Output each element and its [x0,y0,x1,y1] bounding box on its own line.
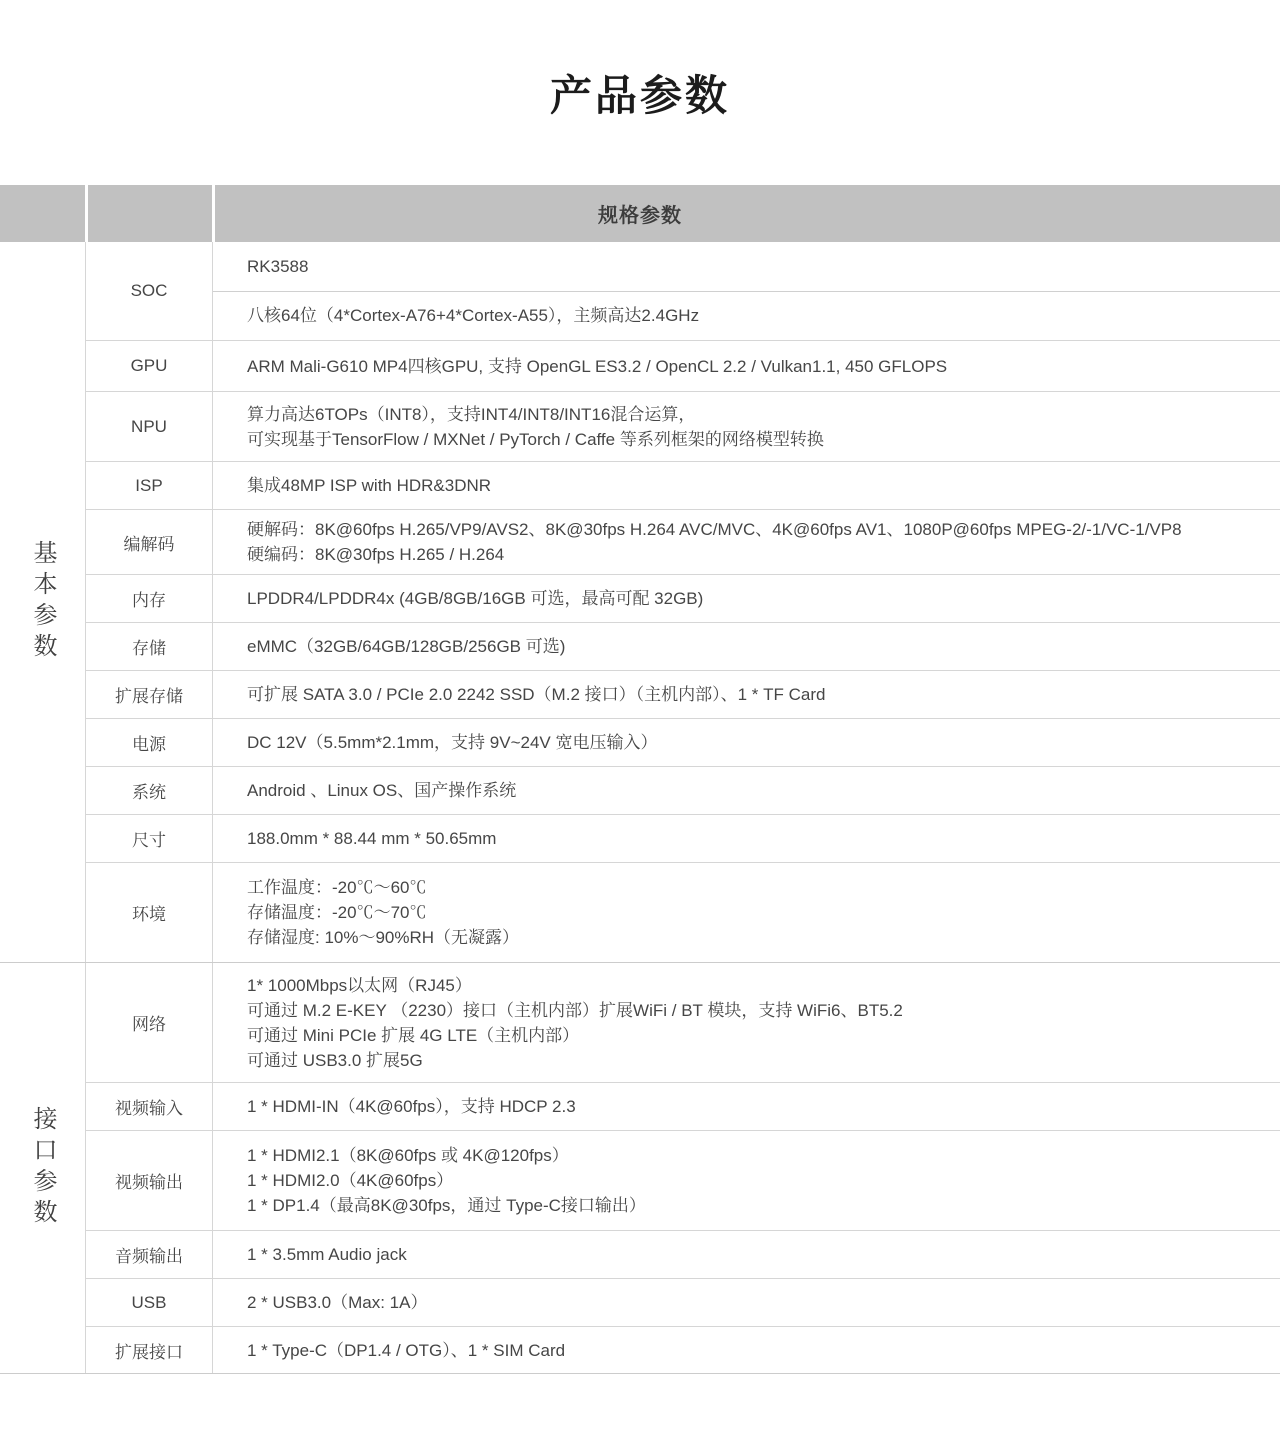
value-line: 硬编码：8K@30fps H.265 / H.264 [247,542,1260,567]
value-line: 1* 1000Mbps以太网（RJ45） [247,973,1260,998]
row-video-out: 视频输出 1 * HDMI2.1（8K@60fps 或 4K@120fps） 1… [86,1131,1280,1231]
row-power-value: DC 12V（5.5mm*2.1mm，支持 9V~24V 宽电压输入） [213,719,1280,766]
section-basic-params: 基本参数 SOC RK3588 八核64位（4*Cortex-A76+4*Cor… [0,242,1280,963]
section-interface-params: 接口参数 网络 1* 1000Mbps以太网（RJ45） 可通过 M.2 E-K… [0,963,1280,1374]
group-cell-interface: 接口参数 [0,963,86,1373]
value-line: 1 * Type-C（DP1.4 / OTG）、1 * SIM Card [247,1338,1260,1363]
row-video-out-value: 1 * HDMI2.1（8K@60fps 或 4K@120fps） 1 * HD… [213,1131,1280,1230]
row-dimensions: 尺寸 188.0mm * 88.44 mm * 50.65mm [86,815,1280,863]
value-line: 可通过 M.2 E-KEY （2230）接口（主机内部）扩展WiFi / BT … [247,998,1260,1023]
value-line: 可实现基于TensorFlow / MXNet / PyTorch / Caff… [247,427,1260,452]
value-line: 1 * DP1.4（最高8K@30fps，通过 Type-C接口输出） [247,1193,1260,1218]
row-audio-out-label: 音频输出 [86,1231,213,1278]
value-line: 1 * HDMI-IN（4K@60fps），支持 HDCP 2.3 [247,1094,1260,1119]
row-soc-subrow-2: 八核64位（4*Cortex-A76+4*Cortex-A55），主频高达2.4… [213,292,1280,341]
value-line: 188.0mm * 88.44 mm * 50.65mm [247,826,1260,851]
section-interface-rows: 网络 1* 1000Mbps以太网（RJ45） 可通过 M.2 E-KEY （2… [86,963,1280,1373]
row-soc: SOC RK3588 八核64位（4*Cortex-A76+4*Cortex-A… [86,242,1280,341]
title-area: 产品参数 [0,0,1280,185]
row-storage-label: 存储 [86,623,213,670]
value-line: 可通过 USB3.0 扩展5G [247,1048,1260,1073]
row-audio-out: 音频输出 1 * 3.5mm Audio jack [86,1231,1280,1279]
row-os: 系统 Android 、Linux OS、国产操作系统 [86,767,1280,815]
value-line: RK3588 [247,254,308,279]
row-network: 网络 1* 1000Mbps以太网（RJ45） 可通过 M.2 E-KEY （2… [86,963,1280,1083]
row-npu: NPU 算力高达6TOPs（INT8），支持INT4/INT8/INT16混合运… [86,392,1280,462]
value-line: 工作温度：-20℃～60℃ [247,875,1260,900]
row-expand-storage: 扩展存储 可扩展 SATA 3.0 / PCIe 2.0 2242 SSD（M.… [86,671,1280,719]
value-line: eMMC（32GB/64GB/128GB/256GB 可选) [247,634,1260,659]
row-audio-out-value: 1 * 3.5mm Audio jack [213,1231,1280,1278]
value-line: 集成48MP ISP with HDR&3DNR [247,473,1260,498]
row-usb-value: 2 * USB3.0（Max: 1A） [213,1279,1280,1326]
row-environment-label: 环境 [86,863,213,962]
row-soc-value: RK3588 八核64位（4*Cortex-A76+4*Cortex-A55），… [213,242,1280,340]
spec-table: 规格参数 基本参数 SOC RK3588 八核64位（4*Cortex-A76+… [0,185,1280,1374]
row-codec-label: 编解码 [86,510,213,574]
value-line: Android 、Linux OS、国产操作系统 [247,778,1260,803]
row-npu-value: 算力高达6TOPs（INT8），支持INT4/INT8/INT16混合运算， 可… [213,392,1280,461]
row-soc-label: SOC [86,242,213,340]
value-line: DC 12V（5.5mm*2.1mm，支持 9V~24V 宽电压输入） [247,730,1260,755]
row-network-value: 1* 1000Mbps以太网（RJ45） 可通过 M.2 E-KEY （2230… [213,963,1280,1082]
row-memory-value: LPDDR4/LPDDR4x (4GB/8GB/16GB 可选，最高可配 32G… [213,575,1280,622]
row-codec-value: 硬解码：8K@60fps H.265/VP9/AVS2、8K@30fps H.2… [213,510,1280,574]
row-expand-interface-label: 扩展接口 [86,1327,213,1373]
value-line: 2 * USB3.0（Max: 1A） [247,1290,1260,1315]
value-line: 1 * HDMI2.0（4K@60fps） [247,1168,1260,1193]
value-line: 1 * 3.5mm Audio jack [247,1242,1260,1267]
row-gpu-value: ARM Mali-G610 MP4四核GPU, 支持 OpenGL ES3.2 … [213,341,1280,391]
group-label-basic: 基本参数 [25,540,60,664]
row-environment-value: 工作温度：-20℃～60℃ 存储温度：-20℃～70℃ 存储湿度: 10%～90… [213,863,1280,962]
row-memory: 内存 LPDDR4/LPDDR4x (4GB/8GB/16GB 可选，最高可配 … [86,575,1280,623]
row-network-label: 网络 [86,963,213,1082]
row-expand-storage-value: 可扩展 SATA 3.0 / PCIe 2.0 2242 SSD（M.2 接口）… [213,671,1280,718]
row-usb-label: USB [86,1279,213,1326]
row-expand-interface: 扩展接口 1 * Type-C（DP1.4 / OTG）、1 * SIM Car… [86,1327,1280,1373]
row-os-label: 系统 [86,767,213,814]
row-environment: 环境 工作温度：-20℃～60℃ 存储温度：-20℃～70℃ 存储湿度: 10%… [86,863,1280,962]
value-line: 硬解码：8K@60fps H.265/VP9/AVS2、8K@30fps H.2… [247,517,1260,542]
group-label-interface: 接口参数 [25,1106,60,1230]
row-expand-storage-label: 扩展存储 [86,671,213,718]
table-header: 规格参数 [0,185,1280,242]
value-line: LPDDR4/LPDDR4x (4GB/8GB/16GB 可选，最高可配 32G… [247,586,1260,611]
row-isp-label: ISP [86,462,213,509]
section-basic-rows: SOC RK3588 八核64位（4*Cortex-A76+4*Cortex-A… [86,242,1280,962]
row-power-label: 电源 [86,719,213,766]
table-header-title: 规格参数 [0,185,1280,242]
row-storage-value: eMMC（32GB/64GB/128GB/256GB 可选) [213,623,1280,670]
row-soc-subrow-1: RK3588 [213,242,1280,292]
row-isp: ISP 集成48MP ISP with HDR&3DNR [86,462,1280,510]
value-line: 八核64位（4*Cortex-A76+4*Cortex-A55），主频高达2.4… [247,303,699,328]
page: 产品参数 规格参数 基本参数 SOC RK3588 [0,0,1280,1374]
row-power: 电源 DC 12V（5.5mm*2.1mm，支持 9V~24V 宽电压输入） [86,719,1280,767]
row-codec: 编解码 硬解码：8K@60fps H.265/VP9/AVS2、8K@30fps… [86,510,1280,575]
row-dimensions-label: 尺寸 [86,815,213,862]
value-line: ARM Mali-G610 MP4四核GPU, 支持 OpenGL ES3.2 … [247,354,1260,379]
row-video-in: 视频输入 1 * HDMI-IN（4K@60fps），支持 HDCP 2.3 [86,1083,1280,1131]
value-line: 可扩展 SATA 3.0 / PCIe 2.0 2242 SSD（M.2 接口）… [247,682,1260,707]
row-isp-value: 集成48MP ISP with HDR&3DNR [213,462,1280,509]
row-gpu: GPU ARM Mali-G610 MP4四核GPU, 支持 OpenGL ES… [86,341,1280,392]
row-video-in-label: 视频输入 [86,1083,213,1130]
row-storage: 存储 eMMC（32GB/64GB/128GB/256GB 可选) [86,623,1280,671]
row-usb: USB 2 * USB3.0（Max: 1A） [86,1279,1280,1327]
value-line: 可通过 Mini PCIe 扩展 4G LTE（主机内部） [247,1023,1260,1048]
page-title: 产品参数 [550,63,730,123]
group-cell-basic: 基本参数 [0,242,86,962]
value-line: 存储湿度: 10%～90%RH（无凝露） [247,925,1260,950]
row-video-out-label: 视频输出 [86,1131,213,1230]
value-line: 1 * HDMI2.1（8K@60fps 或 4K@120fps） [247,1143,1260,1168]
row-dimensions-value: 188.0mm * 88.44 mm * 50.65mm [213,815,1280,862]
row-gpu-label: GPU [86,341,213,391]
row-memory-label: 内存 [86,575,213,622]
value-line: 存储温度：-20℃～70℃ [247,900,1260,925]
row-expand-interface-value: 1 * Type-C（DP1.4 / OTG）、1 * SIM Card [213,1327,1280,1373]
row-os-value: Android 、Linux OS、国产操作系统 [213,767,1280,814]
row-video-in-value: 1 * HDMI-IN（4K@60fps），支持 HDCP 2.3 [213,1083,1280,1130]
value-line: 算力高达6TOPs（INT8），支持INT4/INT8/INT16混合运算， [247,402,1260,427]
row-npu-label: NPU [86,392,213,461]
